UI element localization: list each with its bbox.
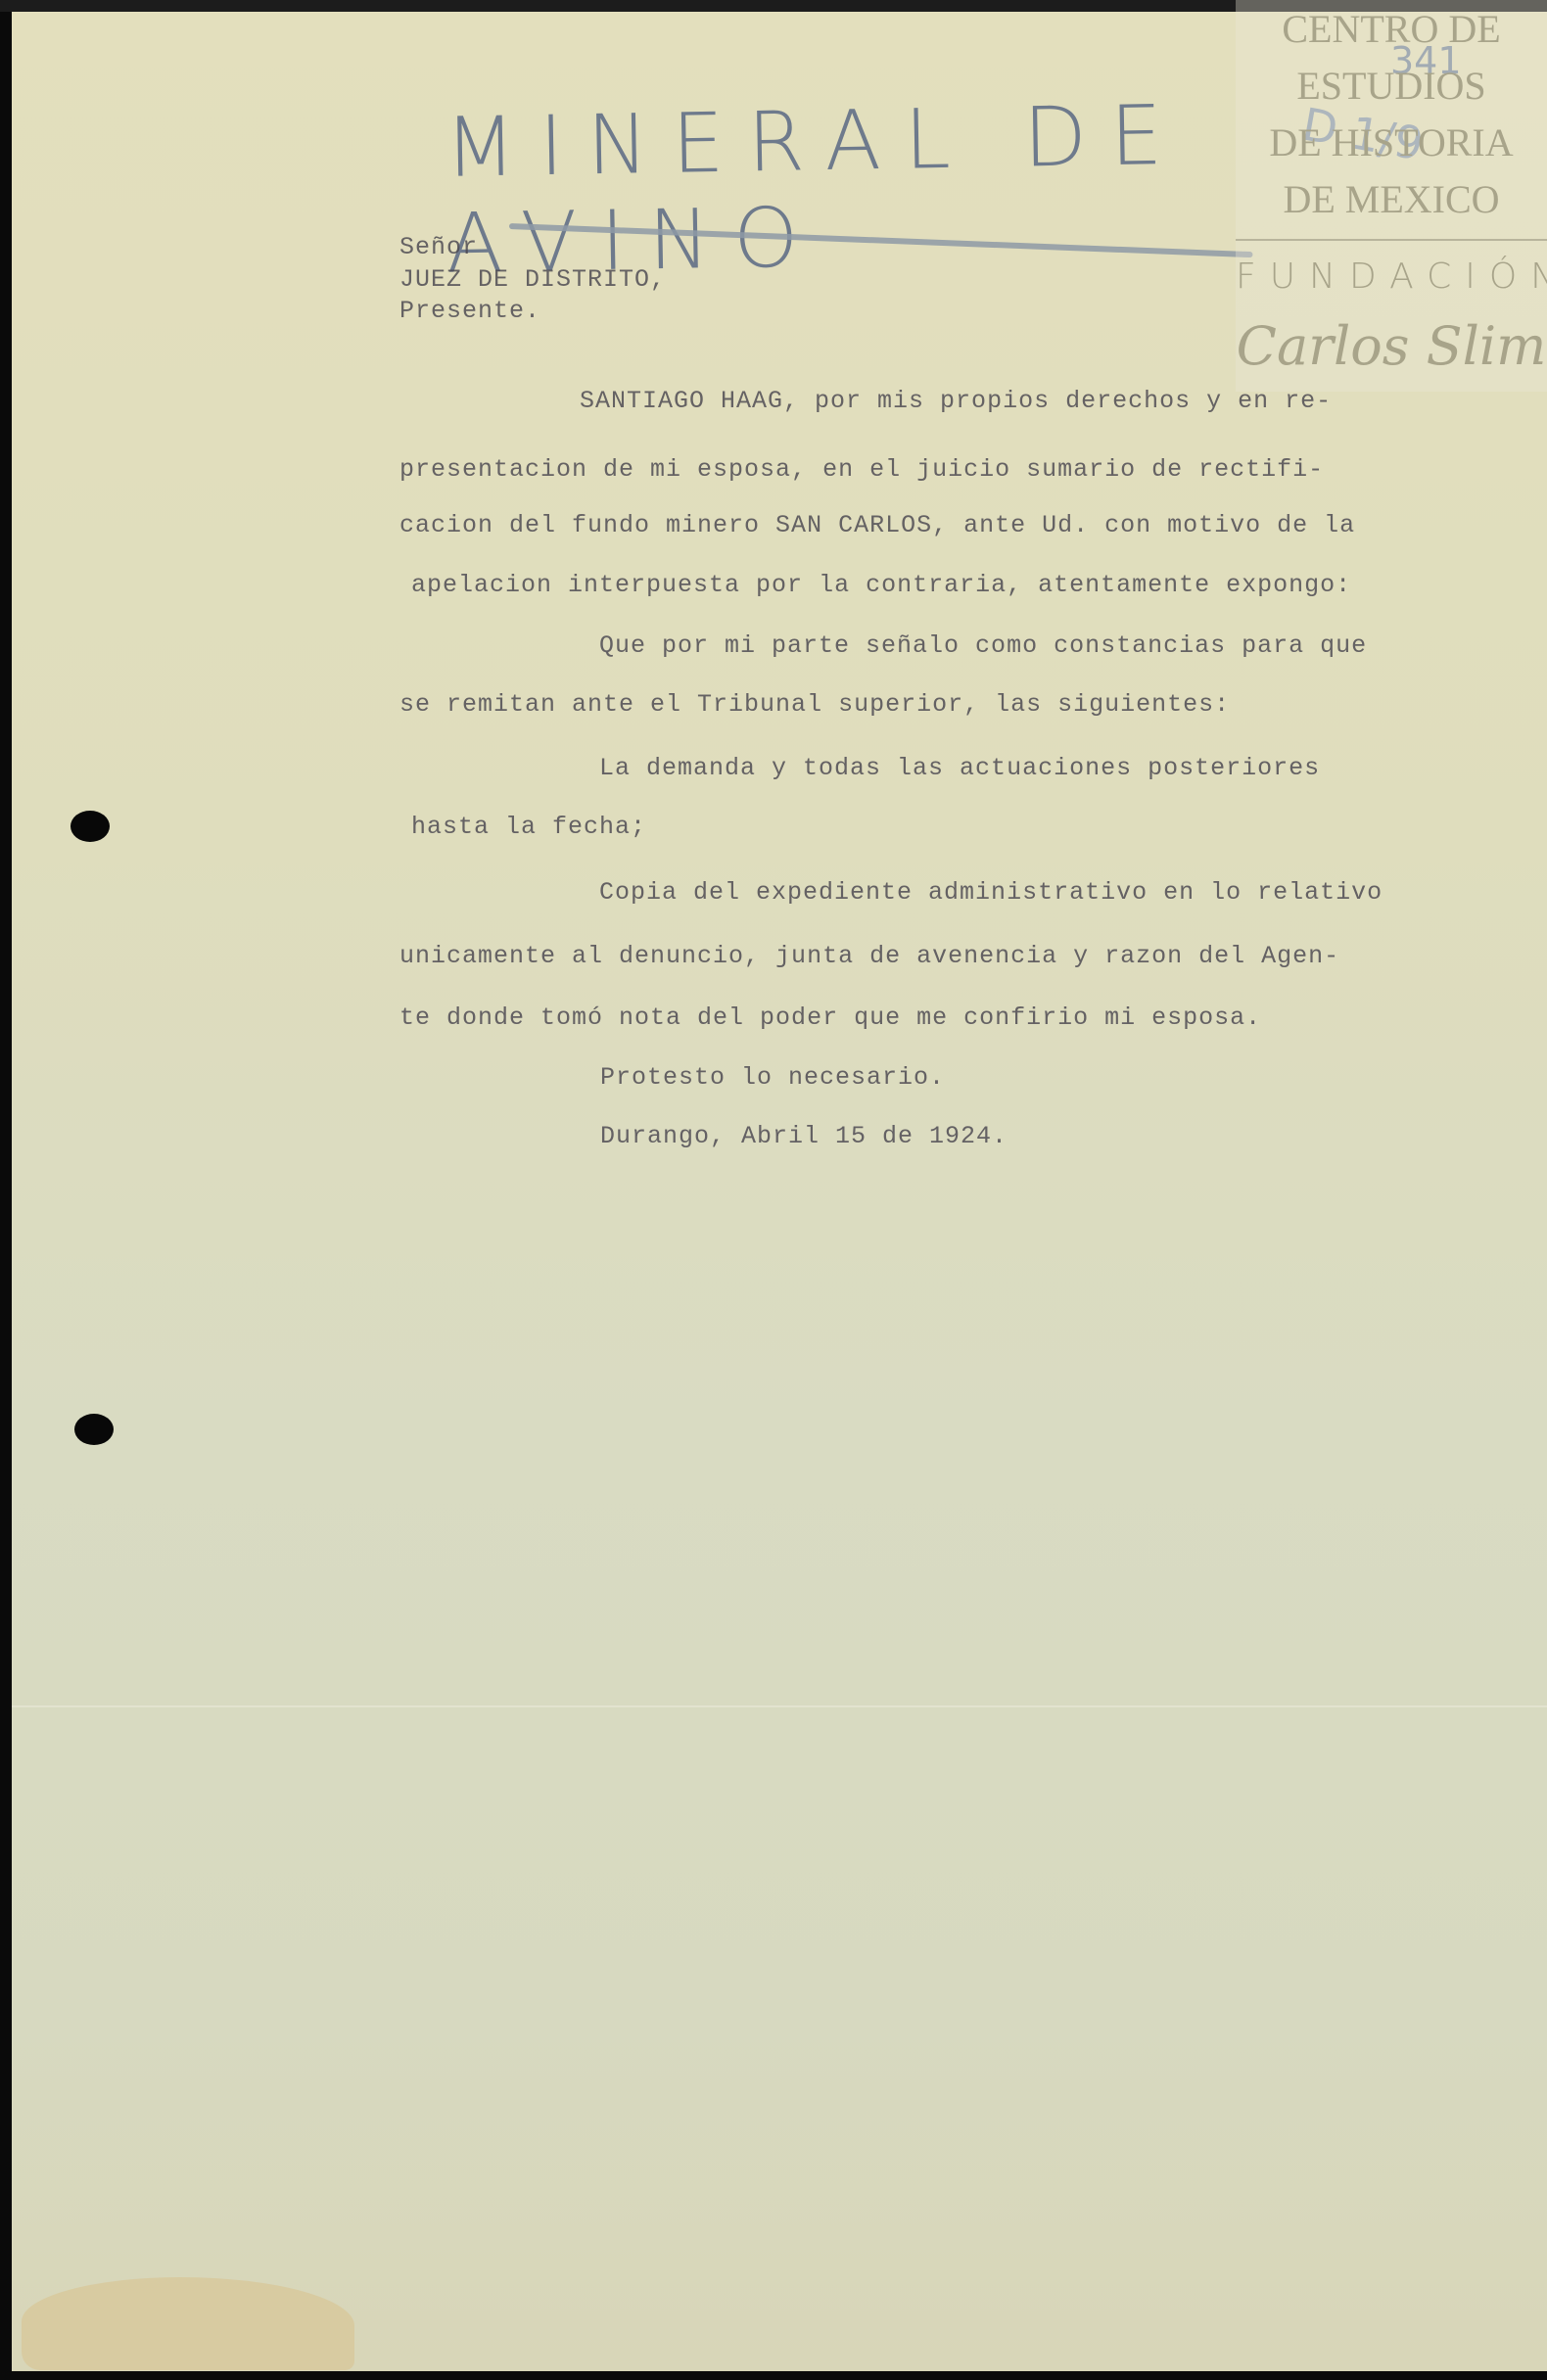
watermark-signature: Carlos Slim — [1236, 315, 1547, 377]
body-line: Que por mi parte señalo como constancias… — [599, 631, 1367, 660]
paper-fold-line — [12, 1705, 1547, 1707]
watermark-line: ESTUDIOS — [1236, 67, 1547, 106]
body-line: La demanda y todas las actuaciones poste… — [599, 754, 1320, 782]
body-line: unicamente al denuncio, junta de avenenc… — [399, 942, 1339, 970]
body-line: cacion del fundo minero SAN CARLOS, ante… — [399, 511, 1355, 539]
archive-watermark: CENTRO DE ESTUDIOS DE HISTORIA DE MEXICO… — [1236, 0, 1547, 392]
body-line: se remitan ante el Tribunal superior, la… — [399, 690, 1230, 719]
body-line: apelacion interpuesta por la contraria, … — [411, 571, 1351, 599]
watermark-foundation: FUNDACIÓN — [1236, 257, 1547, 297]
closing-line: Protesto lo necesario. — [600, 1063, 945, 1092]
punch-hole-top — [70, 811, 110, 842]
body-line: Copia del expediente administrativo en l… — [599, 878, 1383, 907]
body-line: hasta la fecha; — [411, 813, 646, 841]
water-stain — [22, 2277, 354, 2370]
punch-hole-bottom — [74, 1414, 114, 1445]
salutation-line: Señor — [399, 233, 478, 261]
watermark-divider — [1236, 239, 1547, 241]
watermark-line: DE HISTORIA — [1236, 123, 1547, 163]
body-line: SANTIAGO HAAG, por mis propios derechos … — [580, 387, 1332, 415]
body-line: presentacion de mi esposa, en el juicio … — [399, 455, 1324, 484]
salutation-line: JUEZ DE DISTRITO, — [399, 265, 666, 294]
body-line: te donde tomó nota del poder que me conf… — [399, 1003, 1261, 1032]
salutation-line: Presente. — [399, 297, 540, 325]
date-line: Durango, Abril 15 de 1924. — [600, 1122, 1008, 1150]
watermark-line: CENTRO DE — [1236, 10, 1547, 49]
watermark-line: DE MEXICO — [1236, 180, 1547, 219]
